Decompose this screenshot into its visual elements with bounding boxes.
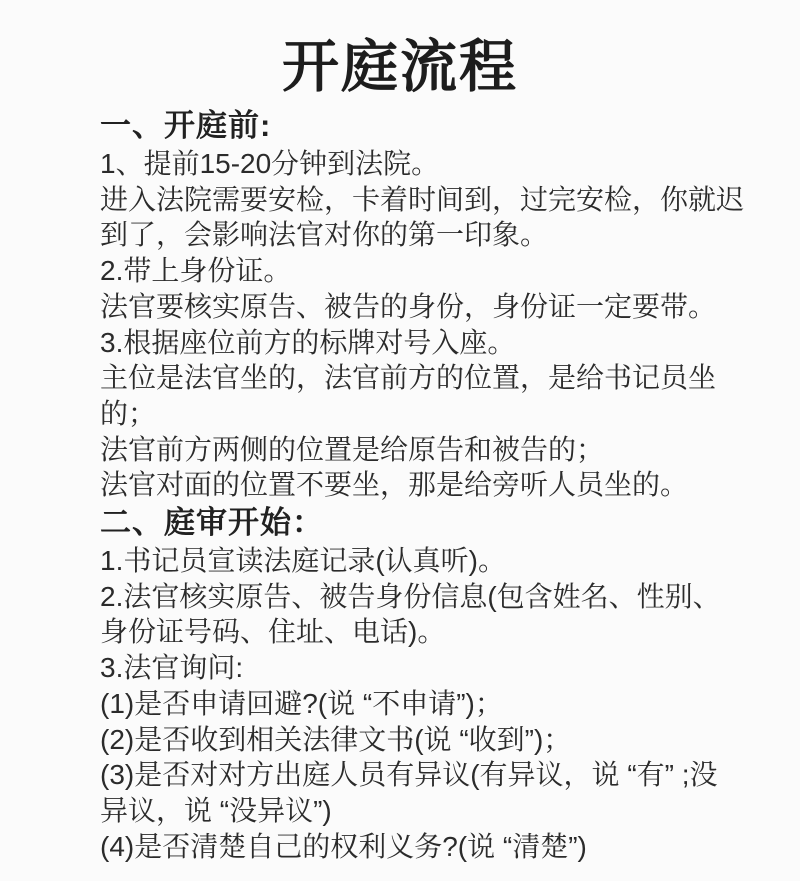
text-line: 到了，会影响法官对你的第一印象。 bbox=[100, 217, 716, 253]
text-line: 法官对面的位置不要坐，那是给旁听人员坐的。 bbox=[100, 467, 716, 503]
text-line: 的； bbox=[100, 396, 716, 432]
text-line: 2.带上身份证。 bbox=[100, 253, 716, 289]
text-line: (4)是否清楚自己的权利义务?(说 “清楚”) bbox=[100, 829, 716, 865]
text-line: 进入法院需要安检，卡着时间到，过完安检，你就迟 bbox=[100, 182, 716, 218]
text-line: 3.法官询问: bbox=[100, 650, 716, 686]
text-line: 主位是法官坐的，法官前方的位置，是给书记员坐 bbox=[100, 360, 716, 396]
text-line: 法官前方两侧的位置是给原告和被告的； bbox=[100, 432, 716, 468]
text-line: (1)是否申请回避?(说 “不申请”)； bbox=[100, 686, 716, 722]
text-line: (2)是否收到相关法律文书(说 “收到”)； bbox=[100, 722, 716, 758]
text-line: (3)是否对对方出庭人员有异议(有异议，说 “有” ;没 bbox=[100, 757, 716, 793]
section-heading-hearing-start: 二、庭审开始： bbox=[100, 503, 716, 543]
text-line: 1、提前15-20分钟到法院。 bbox=[100, 146, 716, 182]
text-line: 异议，说 “没异议”) bbox=[100, 793, 716, 829]
text-line: 身份证号码、住址、电话)。 bbox=[100, 614, 716, 650]
text-line: 3.根据座位前方的标牌对号入座。 bbox=[100, 325, 716, 361]
document-body: 一、开庭前: 1、提前15-20分钟到法院。 进入法院需要安检，卡着时间到，过完… bbox=[100, 106, 716, 864]
document-page: 开庭流程 一、开庭前: 1、提前15-20分钟到法院。 进入法院需要安检，卡着时… bbox=[0, 0, 800, 881]
text-line: 法官要核实原告、被告的身份，身份证一定要带。 bbox=[100, 289, 716, 325]
text-line: 1.书记员宣读法庭记录(认真听)。 bbox=[100, 543, 716, 579]
page-title: 开庭流程 bbox=[0, 0, 800, 104]
section-heading-before-hearing: 一、开庭前: bbox=[100, 106, 716, 146]
text-line: 2.法官核实原告、被告身份信息(包含姓名、性别、 bbox=[100, 579, 716, 615]
